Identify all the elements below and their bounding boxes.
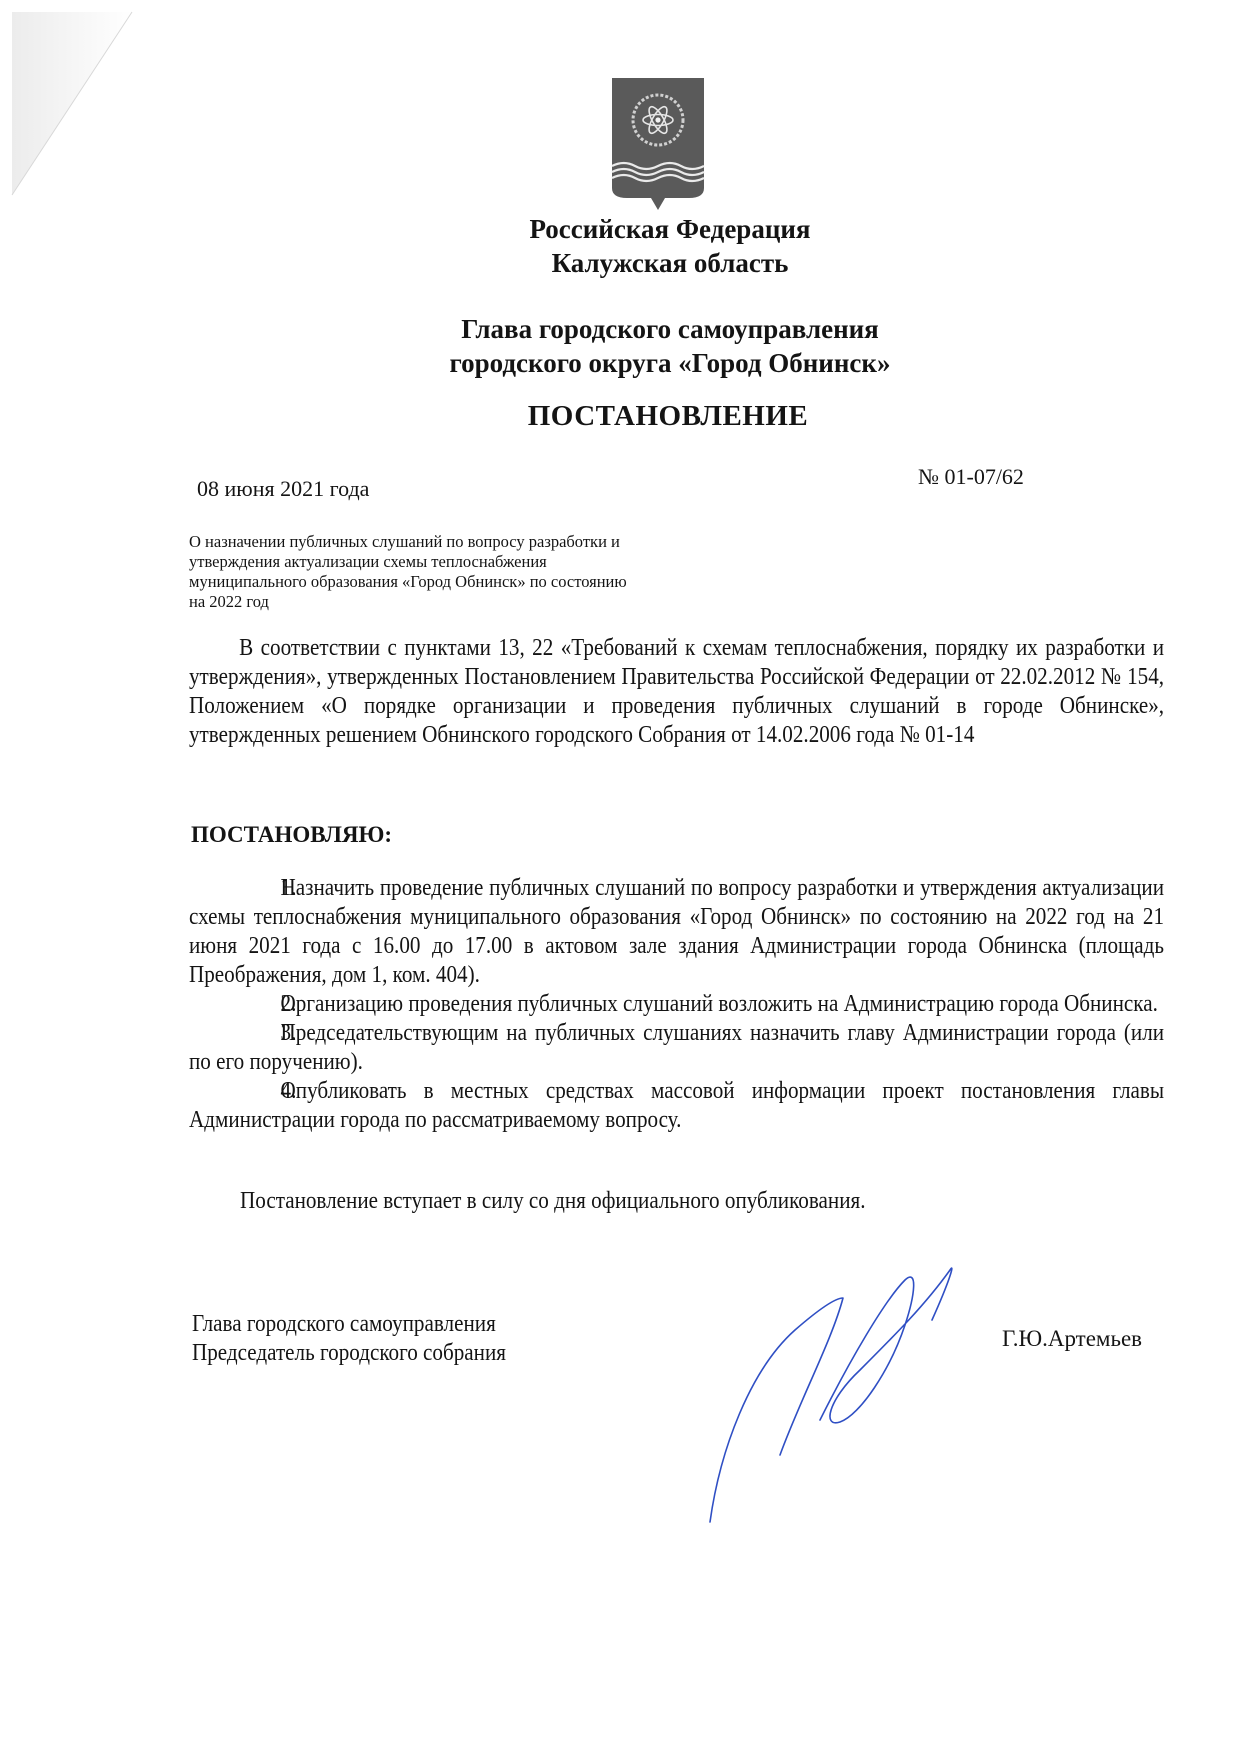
authority-line-2: городского округа «Город Обнинск» [50, 346, 1240, 380]
country-name: Российская Федерация [50, 212, 1240, 246]
decree-item: 4.Опубликовать в местных средствах массо… [189, 1077, 1164, 1135]
document-date: 08 июня 2021 года [197, 476, 369, 502]
decree-heading: ПОСТАНОВЛЯЮ: [191, 822, 392, 848]
item-text: Председательствующим на публичных слушан… [189, 1020, 1164, 1075]
decree-items-list: 1.Назначить проведение публичных слушани… [189, 874, 1164, 1135]
decree-item: 2.Организацию проведения публичных слуша… [189, 990, 1164, 1019]
signatory-position-line-1: Глава городского самоуправления [192, 1310, 506, 1339]
effective-clause: Постановление вступает в силу со дня офи… [240, 1188, 866, 1215]
item-text: Организацию проведения публичных слушани… [281, 991, 1158, 1017]
document-subject: О назначении публичных слушаний по вопро… [189, 532, 629, 612]
item-number: 1. [235, 874, 281, 903]
paper-fold-shadow [0, 0, 150, 220]
decree-item: 3.Председательствующим на публичных слуш… [189, 1019, 1164, 1077]
preamble-paragraph: В соответствии с пунктами 13, 22 «Требов… [189, 634, 1164, 750]
item-number: 2. [235, 990, 281, 1019]
header-block-authority: Глава городского самоуправления городско… [50, 312, 1240, 380]
document-title: ПОСТАНОВЛЕНИЕ [48, 400, 1240, 433]
item-text: Опубликовать в местных средствах массово… [189, 1078, 1164, 1133]
document-number: № 01-07/62 [918, 464, 1024, 490]
signatory-position: Глава городского самоуправления Председа… [192, 1310, 506, 1368]
item-number: 4. [235, 1077, 281, 1106]
preamble-text: В соответствии с пунктами 13, 22 «Требов… [189, 635, 1164, 748]
coat-of-arms-icon [609, 76, 707, 212]
item-number: 3. [235, 1019, 281, 1048]
header-block-region: Российская Федерация Калужская область [50, 212, 1240, 280]
signatory-name: Г.Ю.Артемьев [1002, 1326, 1142, 1352]
item-text: Назначить проведение публичных слушаний … [189, 875, 1164, 988]
region-name: Калужская область [50, 246, 1240, 280]
handwritten-signature-icon [700, 1240, 1180, 1540]
decree-item: 1.Назначить проведение публичных слушани… [189, 874, 1164, 990]
authority-line-1: Глава городского самоуправления [50, 312, 1240, 346]
signatory-position-line-2: Председатель городского собрания [192, 1339, 506, 1368]
